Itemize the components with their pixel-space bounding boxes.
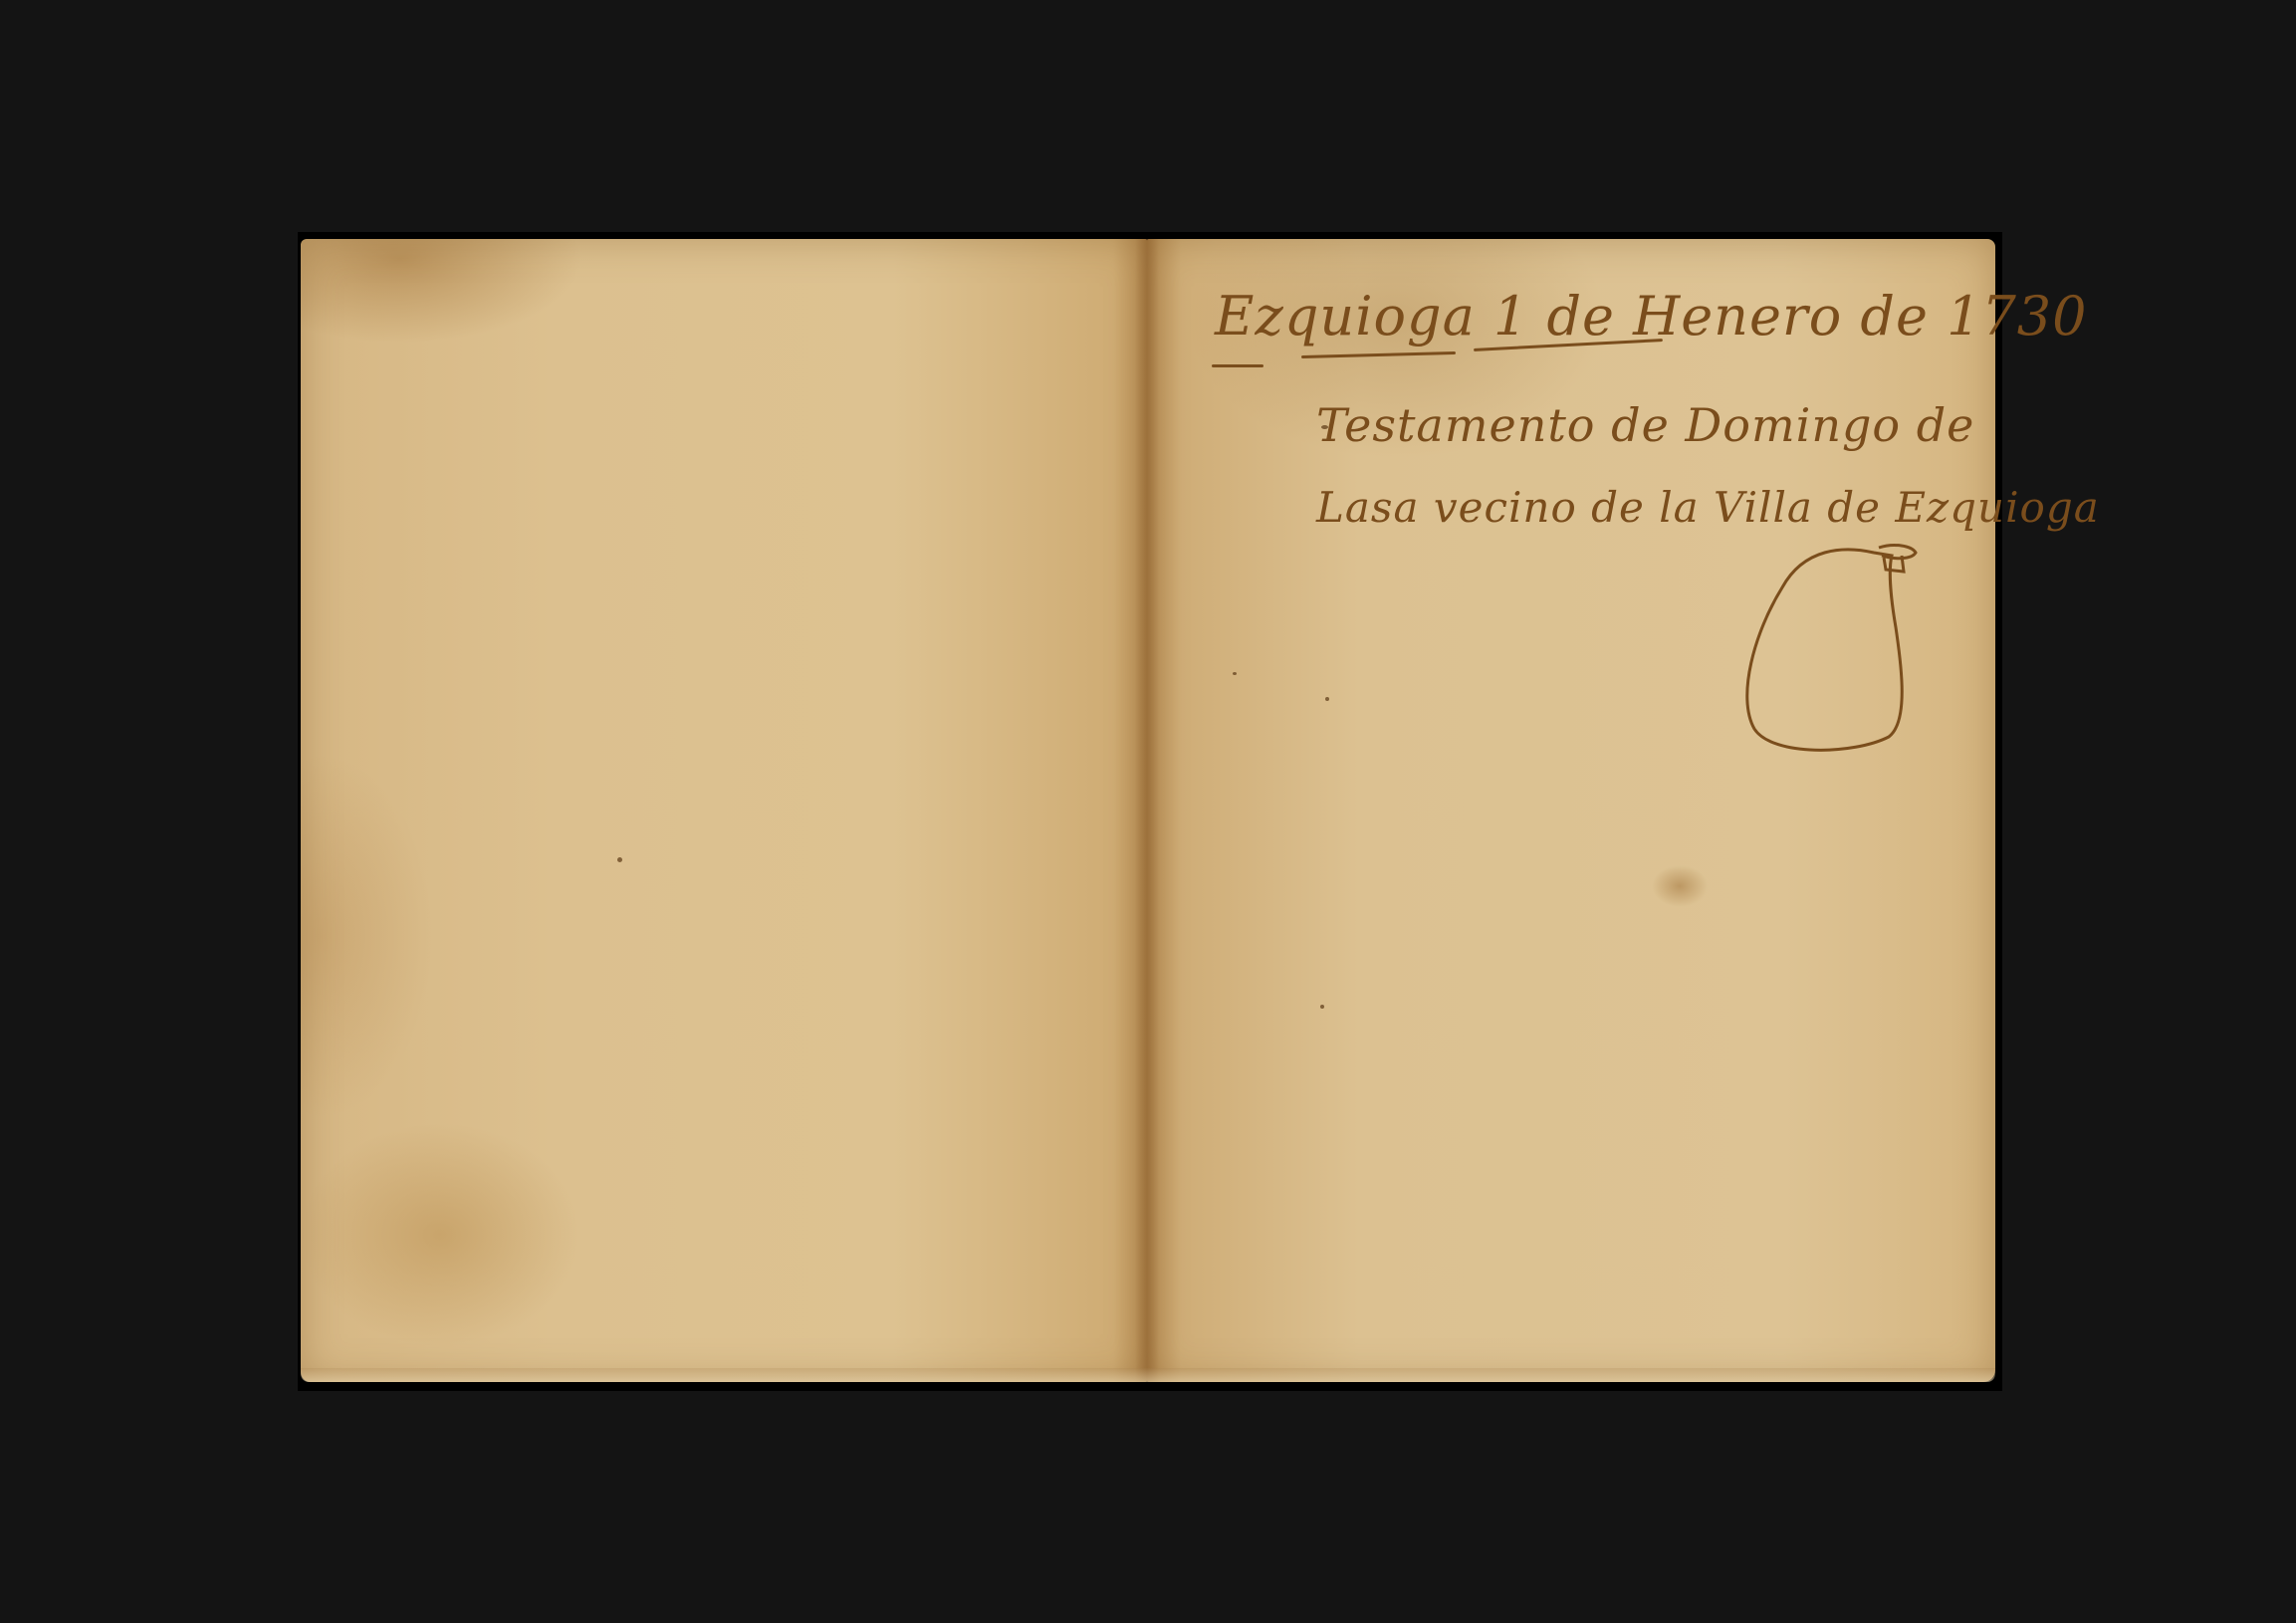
manuscript-spread: Ezquioga 1 de Henero de 1730 Testamento … (301, 239, 1995, 1382)
pouch-sketch-icon (1734, 498, 1934, 757)
document-viewer: Ezquioga 1 de Henero de 1730 Testamento … (0, 0, 2296, 1623)
ink-speck (1320, 1005, 1324, 1009)
heading-underline (1212, 364, 1263, 367)
document-heading: Ezquioga 1 de Henero de 1730 (1215, 285, 2088, 348)
left-page (301, 239, 1147, 1382)
ink-speck (617, 857, 622, 862)
document-title-line-1: Testamento de Domingo de (1316, 398, 1974, 452)
page-bottom-edge (301, 1368, 1995, 1382)
document-title-line-2: Lasa vecino de la Villa de Ezquioga (1316, 483, 2100, 532)
center-fold (1135, 239, 1159, 1382)
ink-speck (1325, 697, 1329, 701)
ink-speck (1233, 672, 1237, 675)
